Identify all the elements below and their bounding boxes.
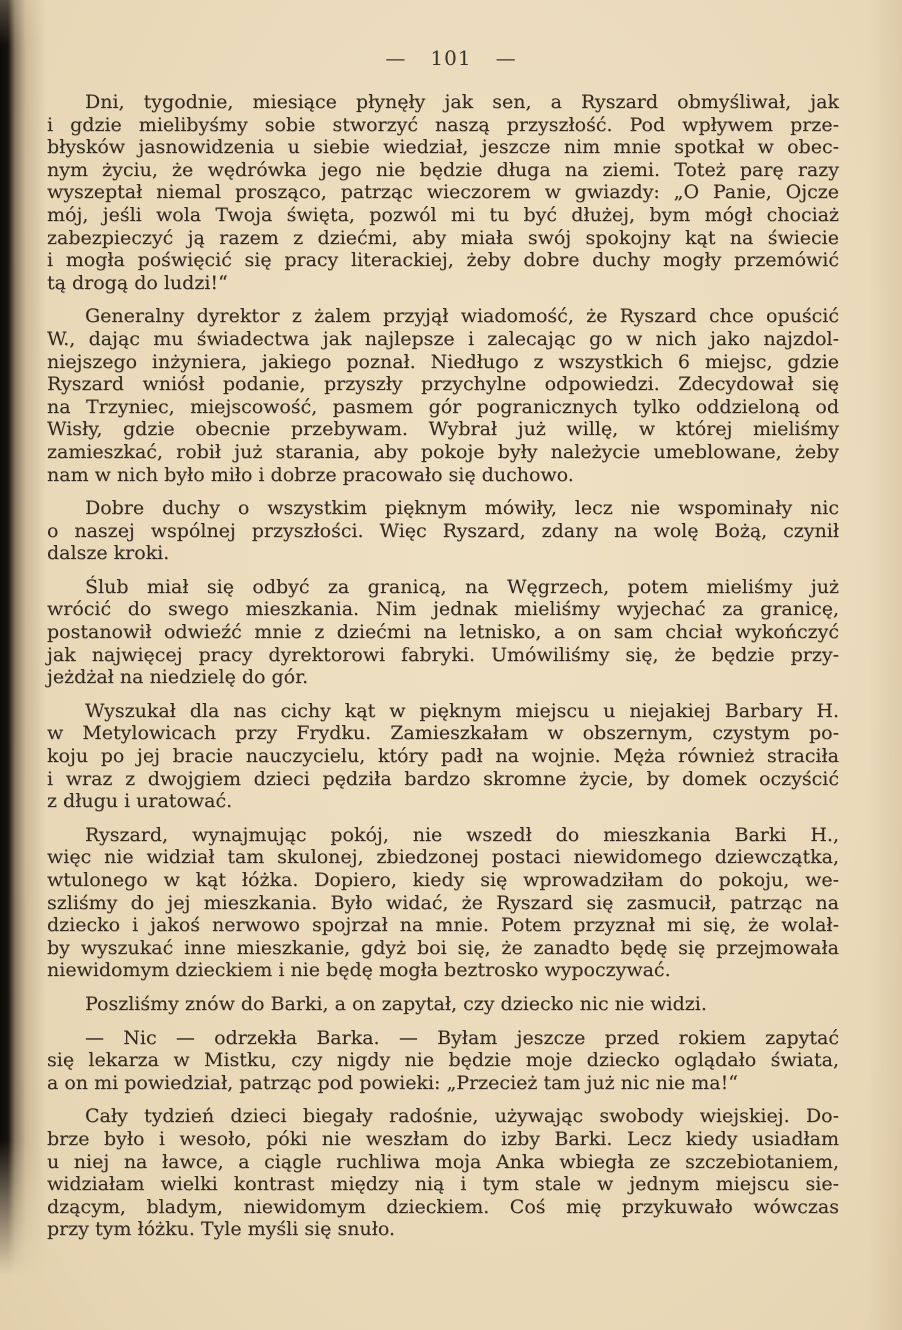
paragraph: Dni, tygodnie, miesiące płynęły jak sen,… [47, 91, 839, 294]
text-line: niewidomym dzieckiem i nie będę mogła be… [47, 959, 839, 982]
text-line: o naszej wspólnej przyszłości. Więc Rysz… [47, 520, 839, 543]
text-line: mój, jeśli wola Twoja święta, pozwól mi … [47, 204, 839, 227]
page-right-edge-shadow [868, 0, 902, 1330]
text-line: nym życiu, że wędrówka jego nie będzie d… [47, 159, 839, 182]
text-line: Cały tydzień dzieci biegały radośnie, uż… [47, 1105, 839, 1128]
text-line: koju po jej bracie nauczycielu, który pa… [47, 745, 839, 768]
text-line: Poszliśmy znów do Barki, a on zapytał, c… [47, 993, 839, 1016]
text-line: a on mi powiedział, patrząc pod powieki:… [47, 1072, 839, 1095]
text-line: w Metylowicach przy Frydku. Zamieszkałam… [47, 722, 839, 745]
page-spine-shadow [0, 0, 46, 1330]
text-line: dziecko i jakoś nerwowo spojrzał na mnie… [47, 914, 839, 937]
book-page: — 101 — Dni, tygodnie, miesiące płynęły … [0, 0, 902, 1330]
paragraph: Poszliśmy znów do Barki, a on zapytał, c… [47, 993, 839, 1016]
text-line: W., dając mu świadectwa jak najlepsze i … [47, 328, 839, 351]
text-line: by wyszukać inne mieszkanie, gdyż boi si… [47, 937, 839, 960]
text-line: Ryszard, wynajmując pokój, nie wszedł do… [47, 824, 839, 847]
text-line: więc nie widział tam skulonej, zbiedzone… [47, 846, 839, 869]
text-line: widziałam wielki kontrast między nią i t… [47, 1173, 839, 1196]
page-number-dash-right: — [496, 46, 517, 70]
paragraph: Ryszard, wynajmując pokój, nie wszedł do… [47, 824, 839, 982]
text-line: dzącym, bladym, niewidomym dzieckiem. Co… [47, 1196, 839, 1219]
text-block: Dni, tygodnie, miesiące płynęły jak sen,… [47, 91, 839, 1252]
text-line: tą drogą do ludzi!“ [47, 272, 839, 295]
text-line: zabezpieczyć ją razem z dziećmi, aby mia… [47, 227, 839, 250]
text-line: Dobre duchy o wszystkim pięknym mówiły, … [47, 497, 839, 520]
text-line: dalsze kroki. [47, 542, 839, 565]
page-number: — 101 — [0, 46, 902, 70]
text-line: przy tym łóżku. Tyle myśli się snuło. [47, 1218, 839, 1241]
text-line: jak najwięcej pracy dyrektorowi fabryki.… [47, 644, 839, 667]
text-line: brze było i wesoło, póki nie weszłam do … [47, 1128, 839, 1151]
text-line: wtulonego w kąt łóżka. Dopiero, kiedy si… [47, 869, 839, 892]
text-line: wyszeptał niemal prosząco, patrząc wiecz… [47, 181, 839, 204]
text-line: Ryszard wniósł podanie, przyszły przychy… [47, 373, 839, 396]
text-line: i mogła poświęcić się pracy literackiej,… [47, 249, 839, 272]
text-line: nam w nich było miło i dobrze pracowało … [47, 464, 839, 487]
text-line: i wraz z dwojgiem dzieci pędziła bardzo … [47, 768, 839, 791]
text-line: z długu i uratować. [47, 790, 839, 813]
text-line: błysków jasnowidzenia u siebie wiedział,… [47, 136, 839, 159]
text-line: Wyszukał dla nas cichy kąt w pięknym mie… [47, 700, 839, 723]
paragraph: — Nic — odrzekła Barka. — Byłam jeszcze … [47, 1027, 839, 1095]
text-line: na Trzyniec, miejscowość, pasmem gór pog… [47, 396, 839, 419]
text-line: zamieszkać, robił już starania, aby poko… [47, 441, 839, 464]
text-line: Ślub miał się odbyć za granicą, na Węgrz… [47, 576, 839, 599]
page-number-dash-left: — [385, 46, 406, 70]
paragraph: Wyszukał dla nas cichy kąt w pięknym mie… [47, 700, 839, 813]
paragraph: Generalny dyrektor z żalem przyjął wiado… [47, 305, 839, 486]
text-line: się lekarza w Mistku, czy nigdy nie będz… [47, 1049, 839, 1072]
text-line: niejszego inżyniera, jakiego poznał. Nie… [47, 351, 839, 374]
text-line: postanowił odwieźć mnie z dziećmi na let… [47, 621, 839, 644]
text-line: Wisły, gdzie obecnie przebywam. Wybrał j… [47, 418, 839, 441]
paragraph: Ślub miał się odbyć za granicą, na Węgrz… [47, 576, 839, 689]
paragraph: Cały tydzień dzieci biegały radośnie, uż… [47, 1105, 839, 1241]
text-line: wrócić do swego mieszkania. Nim jednak m… [47, 598, 839, 621]
text-line: Generalny dyrektor z żalem przyjął wiado… [47, 305, 839, 328]
text-line: — Nic — odrzekła Barka. — Byłam jeszcze … [47, 1027, 839, 1050]
text-line: jeżdżał na niedzielę do gór. [47, 666, 839, 689]
text-line: szliśmy do jej mieszkania. Było widać, ż… [47, 892, 839, 915]
page-number-value: 101 [430, 46, 471, 70]
text-line: Dni, tygodnie, miesiące płynęły jak sen,… [47, 91, 839, 114]
text-line: u niej na ławce, a ciągle ruchliwa moja … [47, 1151, 839, 1174]
text-line: i gdzie mielibyśmy sobie stworzyć naszą … [47, 114, 839, 137]
paragraph: Dobre duchy o wszystkim pięknym mówiły, … [47, 497, 839, 565]
